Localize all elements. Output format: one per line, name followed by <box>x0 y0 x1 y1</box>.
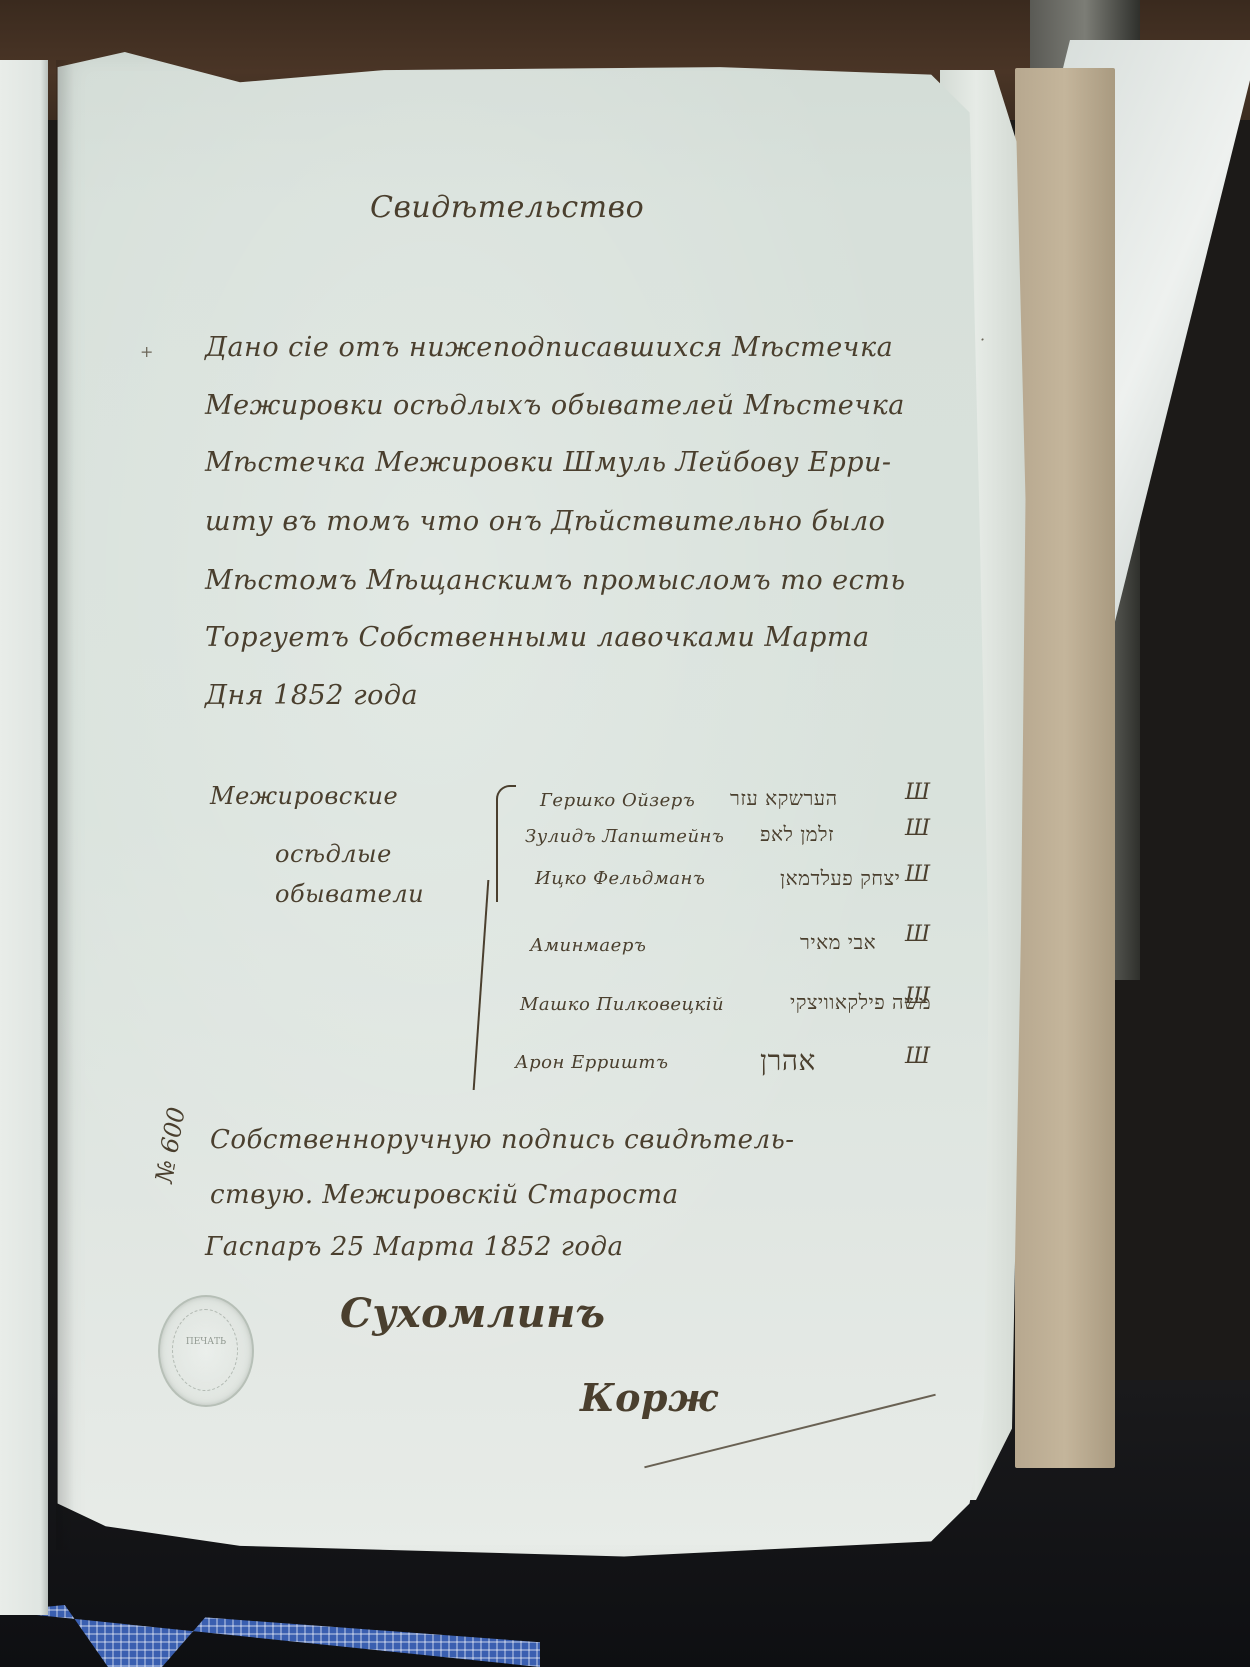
signers-label: обыватели <box>275 880 424 908</box>
body-line: Дано сіе отъ нижеподписавшихся Мѣстечка <box>205 332 893 363</box>
attestation-line: ствую. Межировскій Староста <box>210 1180 679 1210</box>
pin-mark: + <box>140 342 153 361</box>
body-line: Мѣстомъ Мѣщанскимъ промысломъ то есть <box>205 565 906 596</box>
signer-name-russian: Зулидъ Лапштейнъ <box>525 826 724 847</box>
signer-mark: Ш <box>905 984 931 1009</box>
seal-text: ПЕЧАТЬ <box>160 1337 252 1347</box>
signer-mark: Ш <box>905 780 931 805</box>
edge-pencil-mark: · <box>980 330 985 349</box>
body-line: шту въ томъ что онъ Дѣйствительно было <box>205 506 885 537</box>
signer-name-hebrew: זלמן לאפ <box>760 822 834 847</box>
body-line: Дня 1852 года <box>205 680 418 711</box>
body-line: Торгуетъ Собственными лавочками Марта <box>205 622 870 653</box>
signer-name-russian: Аминмаеръ <box>530 935 646 956</box>
signer-mark: Ш <box>905 862 931 887</box>
signer-name-russian: Ицко Фельдманъ <box>535 868 705 889</box>
signer-name-russian: Арон Ерриштъ <box>515 1052 668 1073</box>
page-fold-shadow <box>56 60 74 1550</box>
attestation-line: Гаспаръ 25 Марта 1852 года <box>205 1232 624 1262</box>
embossed-seal-icon: ПЕЧАТЬ <box>158 1295 254 1407</box>
signer-name-hebrew: אבי מאיר <box>800 930 876 955</box>
signer-mark: Ш <box>905 816 931 841</box>
signer-name-russian: Машко Пилковецкій <box>520 994 724 1015</box>
cardboard-folder-cover <box>1015 68 1115 1468</box>
signers-label: Межировские <box>210 782 398 810</box>
signers-label: осѣдлые <box>275 840 392 868</box>
seal-inner-ring <box>172 1309 238 1391</box>
document-title: Свидѣтельство <box>370 190 644 225</box>
official-signature: Корж <box>580 1375 718 1420</box>
official-signature: Сухомлинъ <box>340 1290 605 1337</box>
signer-mark: Ш <box>905 1044 931 1069</box>
signer-name-hebrew: יצחק פעלדמאן <box>780 866 900 891</box>
body-line: Мѣстечка Межировки Шмуль Лейбову Ерри- <box>205 447 892 478</box>
signer-name-hebrew: הערשקא עזר <box>730 786 838 811</box>
signer-name-russian: Гершко Ойзеръ <box>540 790 695 811</box>
attestation-line: Собственноручную подпись свидѣтель- <box>210 1125 795 1155</box>
facing-left-page <box>0 60 48 1615</box>
signer-name-hebrew: אהרן <box>760 1044 816 1078</box>
signer-mark: Ш <box>905 922 931 947</box>
body-line: Межировки осѣдлыхъ обывателей Мѣстечка <box>205 390 905 421</box>
